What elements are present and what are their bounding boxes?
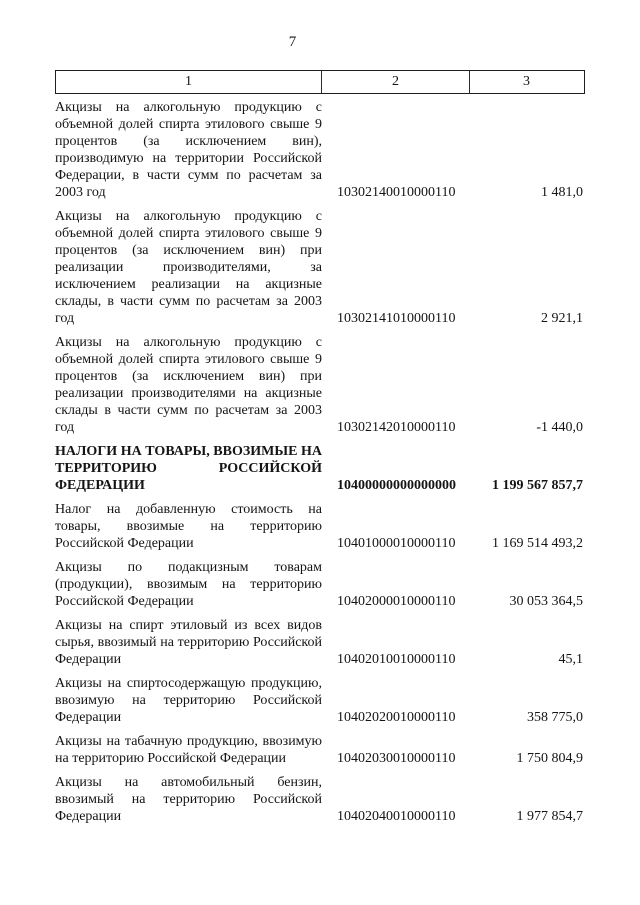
row-amount: 1 199 567 857,7 [457,477,585,494]
row-amount: -1 440,0 [457,419,585,436]
row-budget-code: 10402020010000110 [322,709,457,726]
row-description: Налог на добавленную стоимость на товары… [55,501,322,552]
table-row: Акцизы на алкогольную продукцию с объемн… [55,99,585,201]
column-header-3: 3 [470,71,583,93]
row-amount: 1 977 854,7 [457,808,585,825]
row-amount: 2 921,1 [457,310,585,327]
row-description: НАЛОГИ НА ТОВАРЫ, ВВОЗИМЫЕ НА ТЕРРИТОРИЮ… [55,443,322,494]
row-description: Акцизы по подакцизным товарам (продукции… [55,559,322,610]
row-amount: 358 775,0 [457,709,585,726]
row-budget-code: 10302141010000110 [322,310,457,327]
row-budget-code: 10302140010000110 [322,184,457,201]
row-description: Акцизы на спиртосодержащую продукцию, вв… [55,675,322,726]
row-budget-code: 10400000000000000 [322,477,457,494]
row-amount: 1 481,0 [457,184,585,201]
row-description: Акцизы на спирт этиловый из всех видов с… [55,617,322,668]
table-row: Акцизы на автомобильный бензин, ввозимый… [55,774,585,825]
row-amount: 45,1 [457,651,585,668]
row-budget-code: 10302142010000110 [322,419,457,436]
row-budget-code: 10402010010000110 [322,651,457,668]
table-row: Акцизы по подакцизным товарам (продукции… [55,559,585,610]
page-number: 7 [0,34,585,51]
row-description: Акцизы на автомобильный бензин, ввозимый… [55,774,322,825]
row-budget-code: 10402040010000110 [322,808,457,825]
table-body: Акцизы на алкогольную продукцию с объемн… [55,99,585,825]
table-row: Акцизы на табачную продукцию, ввозимую н… [55,733,585,767]
table-row: Налог на добавленную стоимость на товары… [55,501,585,552]
column-header-2: 2 [322,71,470,93]
row-amount: 1 750 804,9 [457,750,585,767]
row-budget-code: 10402000010000110 [322,593,457,610]
budget-table: 1 2 3 Акцизы на алкогольную продукцию с … [55,70,585,825]
row-description: Акцизы на алкогольную продукцию с объемн… [55,208,322,327]
row-description: Акцизы на табачную продукцию, ввозимую н… [55,733,322,767]
row-amount: 1 169 514 493,2 [457,535,585,552]
column-header-1: 1 [56,71,322,93]
row-budget-code: 10402030010000110 [322,750,457,767]
row-description: Акцизы на алкогольную продукцию с объемн… [55,334,322,436]
row-budget-code: 10401000010000110 [322,535,457,552]
table-row: Акцизы на алкогольную продукцию с объемн… [55,208,585,327]
row-description: Акцизы на алкогольную продукцию с объемн… [55,99,322,201]
row-amount: 30 053 364,5 [457,593,585,610]
table-row: Акцизы на алкогольную продукцию с объемн… [55,334,585,436]
document-page: 7 1 2 3 Акцизы на алкогольную продукцию … [0,0,640,905]
table-header-row: 1 2 3 [55,70,585,94]
table-row: НАЛОГИ НА ТОВАРЫ, ВВОЗИМЫЕ НА ТЕРРИТОРИЮ… [55,443,585,494]
table-row: Акцизы на спиртосодержащую продукцию, вв… [55,675,585,726]
table-row: Акцизы на спирт этиловый из всех видов с… [55,617,585,668]
